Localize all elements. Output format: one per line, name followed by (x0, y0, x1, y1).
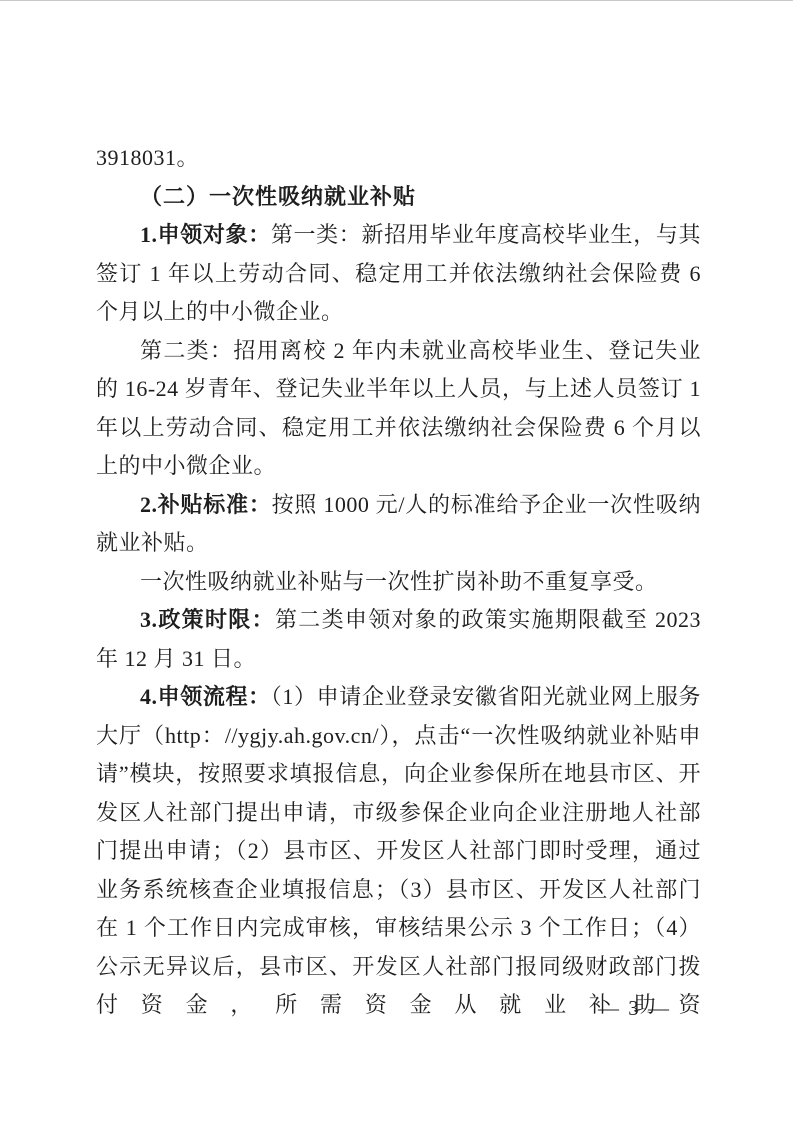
continuation-line: 3918031。 (96, 139, 701, 178)
paragraph-application-target: 1.申领对象：第一类：新招用毕业年度高校毕业生，与其签订 1 年以上劳动合同、稳… (96, 216, 701, 332)
paragraph-application-process: 4.申领流程：（1）申请企业登录安徽省阳光就业网上服务大厅（http：//ygj… (96, 678, 701, 1025)
paragraph-text: 一次性吸纳就业补贴与一次性扩岗补助不重复享受。 (140, 569, 658, 594)
paragraph-second-category: 第二类：招用离校 2 年内未就业高校毕业生、登记失业的 16-24 岁青年、登记… (96, 332, 701, 486)
paragraph-label: 2.补贴标准： (140, 492, 272, 517)
paragraph-policy-deadline: 3.政策时限：第二类申领对象的政策实施期限截至 2023 年 12 月 31 日… (96, 601, 701, 678)
paragraph-no-duplicate: 一次性吸纳就业补贴与一次性扩岗补助不重复享受。 (96, 563, 701, 602)
paragraph-subsidy-standard: 2.补贴标准：按照 1000 元/人的标准给予企业一次性吸纳就业补贴。 (96, 486, 701, 563)
page-number: — 3 — (598, 996, 671, 1020)
paragraph-label: 1.申领对象： (140, 222, 271, 247)
paragraph-text: 第二类：招用离校 2 年内未就业高校毕业生、登记失业的 16-24 岁青年、登记… (96, 338, 701, 479)
scan-edge-line (0, 0, 793, 1)
paragraph-text: （1）申请企业登录安徽省阳光就业网上服务大厅（http：//ygjy.ah.go… (96, 684, 701, 1017)
document-text-block: 3918031。 （二）一次性吸纳就业补贴 1.申领对象：第一类：新招用毕业年度… (96, 139, 701, 1025)
paragraph-label: 4.申领流程： (140, 684, 271, 709)
section-heading: （二）一次性吸纳就业补贴 (96, 178, 701, 217)
paragraph-label: 3.政策时限： (140, 607, 275, 632)
document-page: { "document": { "continuation_line": "39… (0, 0, 793, 1122)
